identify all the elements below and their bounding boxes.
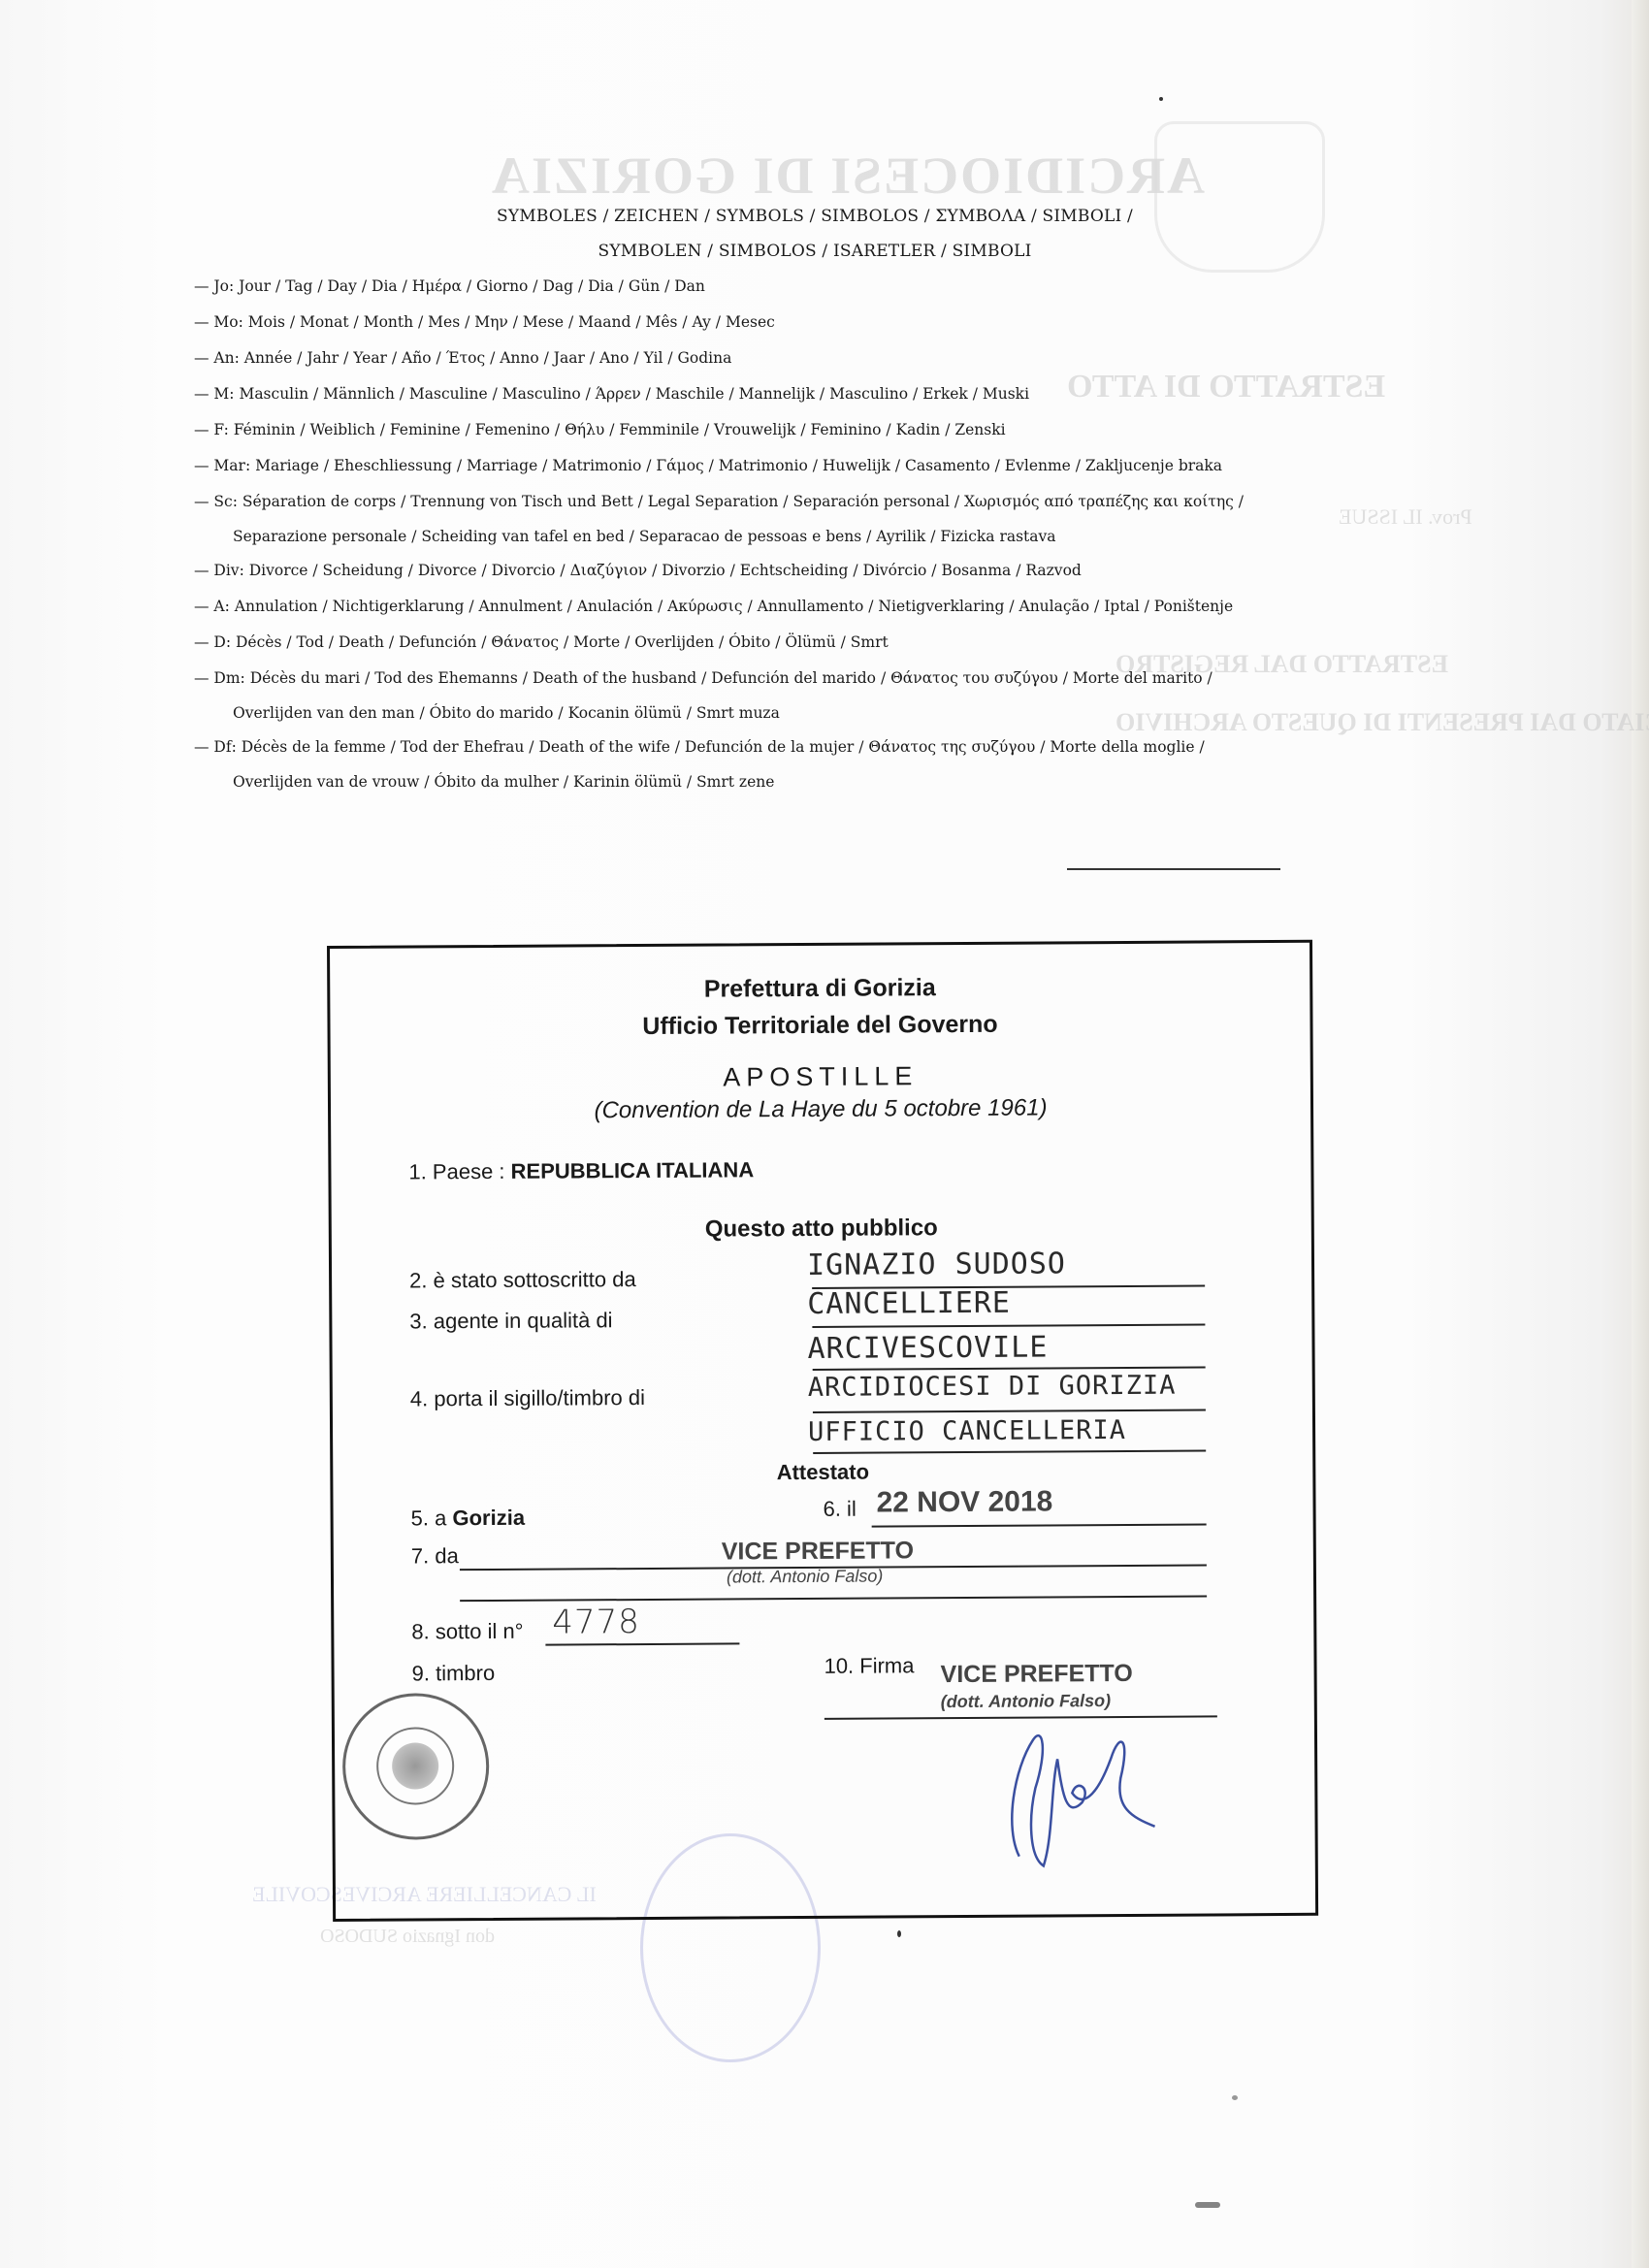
underline	[812, 1323, 1205, 1327]
symbol-row-death: — D: Décès / Tod / Death / Defunción / Θ…	[194, 625, 1309, 661]
field-signed-by-value: IGNAZIO SUDOSO	[807, 1247, 1066, 1282]
convention-reference: (Convention de La Haye du 5 octobre 1961…	[331, 1093, 1310, 1126]
scan-speck	[1195, 2202, 1220, 2208]
field-number-label: 8. sotto il n°	[411, 1619, 523, 1645]
scan-speck	[1232, 2095, 1238, 2100]
apostille-title: APOSTILLE	[331, 1059, 1310, 1095]
underline	[460, 1595, 1207, 1602]
symbol-row-death-husband: — Dm: Décès du mari / Tod des Ehemanns /…	[194, 661, 1309, 697]
show-through-line: Prov. IL ISSUE	[1339, 504, 1472, 530]
field-place-value: Gorizia	[452, 1506, 525, 1530]
symbols-legend: SYMBOLES / ZEICHEN / SYMBOLS / SIMBOLOS …	[194, 199, 1309, 798]
field-number-value: 4778	[552, 1603, 640, 1642]
office-subtitle: Ufficio Territoriale del Governo	[330, 1009, 1309, 1043]
symbol-row-day: — Jo: Jour / Tag / Day / Dia / Ημέρα / G…	[194, 269, 1309, 305]
field-signature-stamp-sub: (dott. Antonio Falso)	[941, 1691, 1111, 1712]
section-heading-attested: Attestato	[333, 1457, 1312, 1488]
underline	[545, 1642, 739, 1645]
underline	[813, 1409, 1206, 1412]
symbol-row-female: — F: Féminin / Weiblich / Feminine / Fem…	[194, 412, 1309, 448]
field-country-value: REPUBBLICA ITALIANA	[511, 1157, 755, 1183]
show-through-title: ARCIDIOCESI DI GORIZIA	[490, 146, 1205, 206]
symbol-row-marriage: — Mar: Mariage / Eheschliessung / Marria…	[194, 448, 1309, 484]
symbol-row-male: — M: Masculin / Männlich / Masculine / M…	[194, 376, 1309, 412]
field-country-label: 1. Paese :	[408, 1159, 504, 1184]
handwritten-signature-icon	[975, 1710, 1160, 1876]
symbol-row-death-wife: — Df: Décès de la femme / Tod der Ehefra…	[194, 729, 1309, 765]
field-by-stamp-sub: (dott. Antonio Falso)	[727, 1567, 884, 1588]
office-name: Prefettura di Gorizia	[330, 972, 1309, 1006]
field-seal-of-label: 4. porta il sigillo/timbro di	[410, 1385, 645, 1411]
field-signed-by-label: 2. è stato sottoscritto da	[409, 1267, 636, 1293]
symbol-row-death-wife-cont: Overlijden van de vrouw / Óbito da mulhe…	[194, 765, 1309, 798]
symbol-row-year: — An: Année / Jahr / Year / Año / Έτος /…	[194, 340, 1309, 376]
field-seal-of-value: ARCIDIOCESI DI GORIZIA	[808, 1371, 1177, 1403]
symbols-heading-line1: SYMBOLES / ZEICHEN / SYMBOLS / SIMBOLOS …	[194, 199, 1309, 234]
underline	[872, 1523, 1207, 1527]
symbol-row-annulment: — A: Annulation / Nichtigerklarung / Ann…	[194, 589, 1309, 625]
scan-speck	[1159, 97, 1163, 101]
field-seal-of-value-2: UFFICIO CANCELLERIA	[808, 1415, 1126, 1447]
apostille-stamp-box: Prefettura di Gorizia Ufficio Territoria…	[327, 940, 1318, 1922]
field-signature-stamp: VICE PREFETTO	[941, 1660, 1133, 1689]
scan-speck	[897, 1930, 901, 1937]
field-date-label: 6. il	[823, 1497, 856, 1522]
field-signature-label: 10. Firma	[824, 1653, 914, 1679]
show-through-stamp-sub: don Ignazio SUDOSO	[320, 1926, 495, 1948]
page-edge-shadow	[1632, 0, 1649, 2268]
symbol-row-month: — Mo: Mois / Monat / Month / Mes / Μην /…	[194, 305, 1309, 340]
field-by-stamp: VICE PREFETTO	[722, 1537, 914, 1566]
symbol-row-death-husband-cont: Overlijden van den man / Óbito do marido…	[194, 697, 1309, 729]
symbols-heading-line2: SYMBOLEN / SIMBOLOS / ISARETLER / SIMBOL…	[194, 234, 1309, 269]
field-date-value: 22 NOV 2018	[876, 1485, 1052, 1519]
field-capacity-label: 3. agente in qualità di	[409, 1308, 612, 1334]
scanned-page: ARCIDIOCESI DI GORIZIA ESTRATTO DI ATTO …	[0, 0, 1649, 2268]
field-place-label: 5. a	[411, 1506, 447, 1530]
field-place: 5. a Gorizia	[411, 1506, 526, 1532]
field-capacity-value-2: ARCIVESCOVILE	[807, 1330, 1048, 1366]
field-country: 1. Paese : REPUBBLICA ITALIANA	[408, 1157, 754, 1184]
prefecture-seal-icon	[342, 1693, 490, 1840]
symbol-row-separation: — Sc: Séparation de corps / Trennung von…	[194, 484, 1309, 520]
divider-rule	[1067, 868, 1280, 870]
field-seal-label: 9. timbro	[412, 1661, 496, 1687]
symbol-row-divorce: — Div: Divorce / Scheidung / Divorce / D…	[194, 553, 1309, 589]
symbol-row-separation-cont: Separazione personale / Scheiding van ta…	[194, 520, 1309, 553]
field-by-label: 7. da	[411, 1543, 459, 1569]
underline	[813, 1449, 1206, 1453]
section-heading-public-act: Questo atto pubblico	[332, 1213, 1311, 1246]
field-capacity-value: CANCELLIERE	[807, 1286, 1011, 1321]
